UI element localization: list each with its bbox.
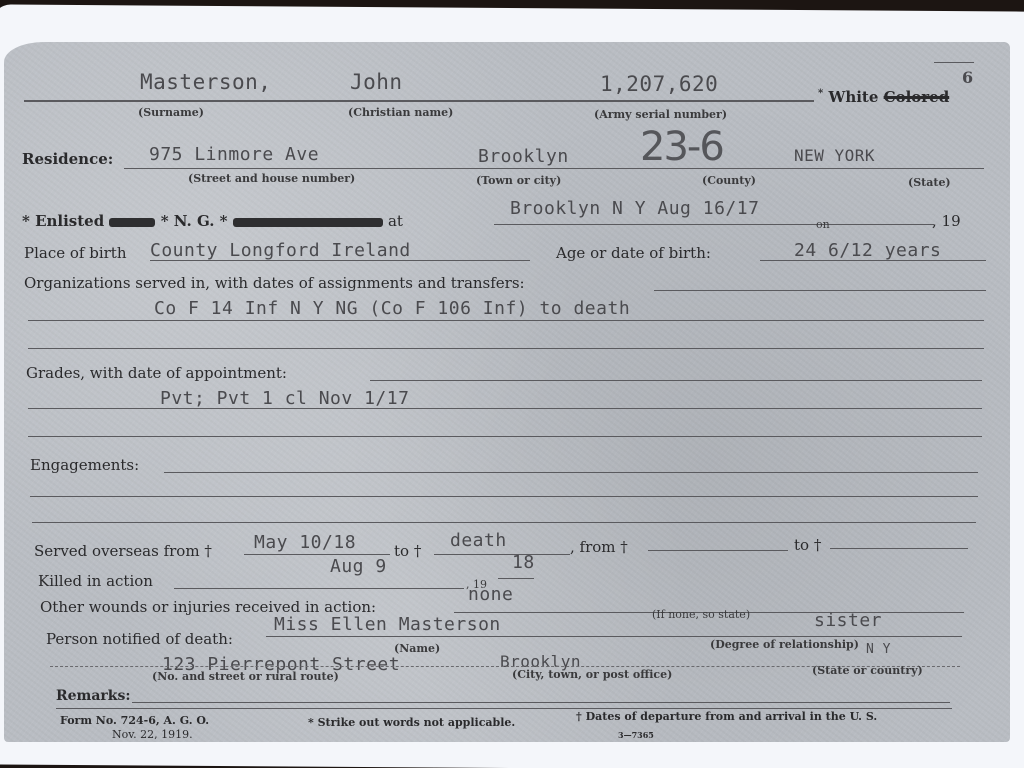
overseas-to-rule xyxy=(434,554,570,555)
race-struck: Colored xyxy=(884,88,950,106)
notified-state-label: (State or country) xyxy=(812,664,923,677)
residence-town-label: (Town or city) xyxy=(476,174,561,187)
engagements-label: Engagements: xyxy=(30,456,139,474)
engagements-rule-1 xyxy=(164,472,978,473)
notified-relationship-value: sister xyxy=(814,610,882,631)
residence-label: Residence: xyxy=(22,150,113,168)
notified-city-label: (City, town, or post office) xyxy=(512,668,672,681)
organizations-rule-2 xyxy=(28,348,984,349)
overseas-to2-rule xyxy=(830,548,968,549)
print-code: 3—7365 xyxy=(618,730,654,740)
serial-number-label: (Army serial number) xyxy=(594,108,727,121)
form-date: Nov. 22, 1919. xyxy=(112,728,193,741)
race-field: * White Colored xyxy=(818,88,949,106)
surname-label: (Surname) xyxy=(138,106,204,119)
dates-note: † Dates of departure from and arrival in… xyxy=(576,710,877,723)
killed-date-rule xyxy=(174,588,464,589)
overseas-from-rule xyxy=(244,554,390,555)
grades-rule-2 xyxy=(28,436,982,437)
birthplace-value: County Longford Ireland xyxy=(150,240,411,261)
service-record-card: 6 Masterson, John 1,207,620 (Surname) (C… xyxy=(4,42,1010,742)
organizations-rule-1 xyxy=(28,320,984,321)
organizations-label: Organizations served in, with dates of a… xyxy=(24,274,525,292)
enlisted-ng: * N. G. * xyxy=(161,212,228,230)
residence-street-value: 975 Linmore Ave xyxy=(149,144,319,165)
enlisted-ra-struck xyxy=(109,218,155,227)
notified-relationship-label: (Degree of relationship) xyxy=(710,638,859,651)
notified-rule xyxy=(266,636,962,637)
residence-rule xyxy=(124,168,984,169)
wounds-value: none xyxy=(468,584,513,605)
overseas-label: Served overseas from † xyxy=(34,542,212,560)
enlisted-on-label: on xyxy=(816,218,830,231)
enlisted-value: Brooklyn N Y Aug 16/17 xyxy=(510,198,759,219)
organizations-label-rule xyxy=(654,290,986,291)
residence-town-value: Brooklyn xyxy=(478,146,569,167)
enlisted-year-label: , 19 xyxy=(932,212,961,230)
killed-year-value: 18 xyxy=(512,552,535,573)
birthplace-rule xyxy=(150,260,530,261)
remarks-rule-2 xyxy=(56,708,952,709)
age-value: 24 6/12 years xyxy=(794,240,941,261)
grades-label-rule xyxy=(370,380,982,381)
christian-name-value: John xyxy=(350,70,403,94)
enlisted-field: * Enlisted * N. G. * at xyxy=(22,212,403,230)
killed-year-rule xyxy=(498,578,534,579)
residence-county-label: (County) xyxy=(702,174,756,187)
overseas-to-label: to † xyxy=(394,542,421,560)
overseas-from2-label: , from † xyxy=(570,538,628,556)
strike-out-note: * Strike out words not applicable. xyxy=(308,716,515,729)
residence-county-handwritten: 23-6 xyxy=(640,124,723,170)
residence-state-value: NEW YORK xyxy=(794,146,875,165)
notified-street-label: (No. and street or rural route) xyxy=(152,670,339,683)
enlisted-rule xyxy=(494,224,934,225)
race-value: White xyxy=(828,88,878,106)
overseas-to2-label: to † xyxy=(794,536,821,554)
killed-label: Killed in action xyxy=(38,572,153,590)
enlisted-label: * Enlisted xyxy=(22,212,104,230)
overseas-from-value: May 10/18 xyxy=(254,532,356,553)
grades-rule-1 xyxy=(28,408,982,409)
corner-rule xyxy=(934,62,974,63)
notified-name-value: Miss Ellen Masterson xyxy=(274,614,501,635)
age-label: Age or date of birth: xyxy=(556,244,711,262)
residence-state-label: (State) xyxy=(908,176,951,189)
organizations-value: Co F 14 Inf N Y NG (Co F 106 Inf) to dea… xyxy=(154,298,630,319)
overseas-to-value: death xyxy=(450,530,507,551)
corner-number: 6 xyxy=(962,68,974,87)
enlisted-erc-struck xyxy=(233,218,383,227)
age-rule xyxy=(760,260,986,261)
enlisted-at-label: at xyxy=(388,212,403,230)
wounds-hint: (If none, so state) xyxy=(652,608,750,621)
grades-label: Grades, with date of appointment: xyxy=(26,364,287,382)
grades-value: Pvt; Pvt 1 cl Nov 1/17 xyxy=(160,388,409,409)
form-number: Form No. 724-6, A. G. O. xyxy=(60,714,209,727)
birthplace-label: Place of birth xyxy=(24,244,127,262)
engagements-rule-2 xyxy=(30,496,978,497)
killed-date-value: Aug 9 xyxy=(330,556,387,577)
serial-number-value: 1,207,620 xyxy=(600,72,718,96)
race-marker: * xyxy=(818,88,823,99)
surname-value: Masterson, xyxy=(140,70,271,94)
notified-label: Person notified of death: xyxy=(46,630,233,648)
residence-street-label: (Street and house number) xyxy=(188,172,355,185)
engagements-rule-3 xyxy=(32,522,976,523)
notified-name-label: (Name) xyxy=(394,642,440,655)
overseas-from2-rule xyxy=(648,550,788,551)
christian-name-label: (Christian name) xyxy=(348,106,453,119)
remarks-label: Remarks: xyxy=(56,688,131,704)
name-rule xyxy=(24,100,814,102)
notified-state-value: N Y xyxy=(866,642,891,657)
remarks-rule-1 xyxy=(132,702,950,703)
